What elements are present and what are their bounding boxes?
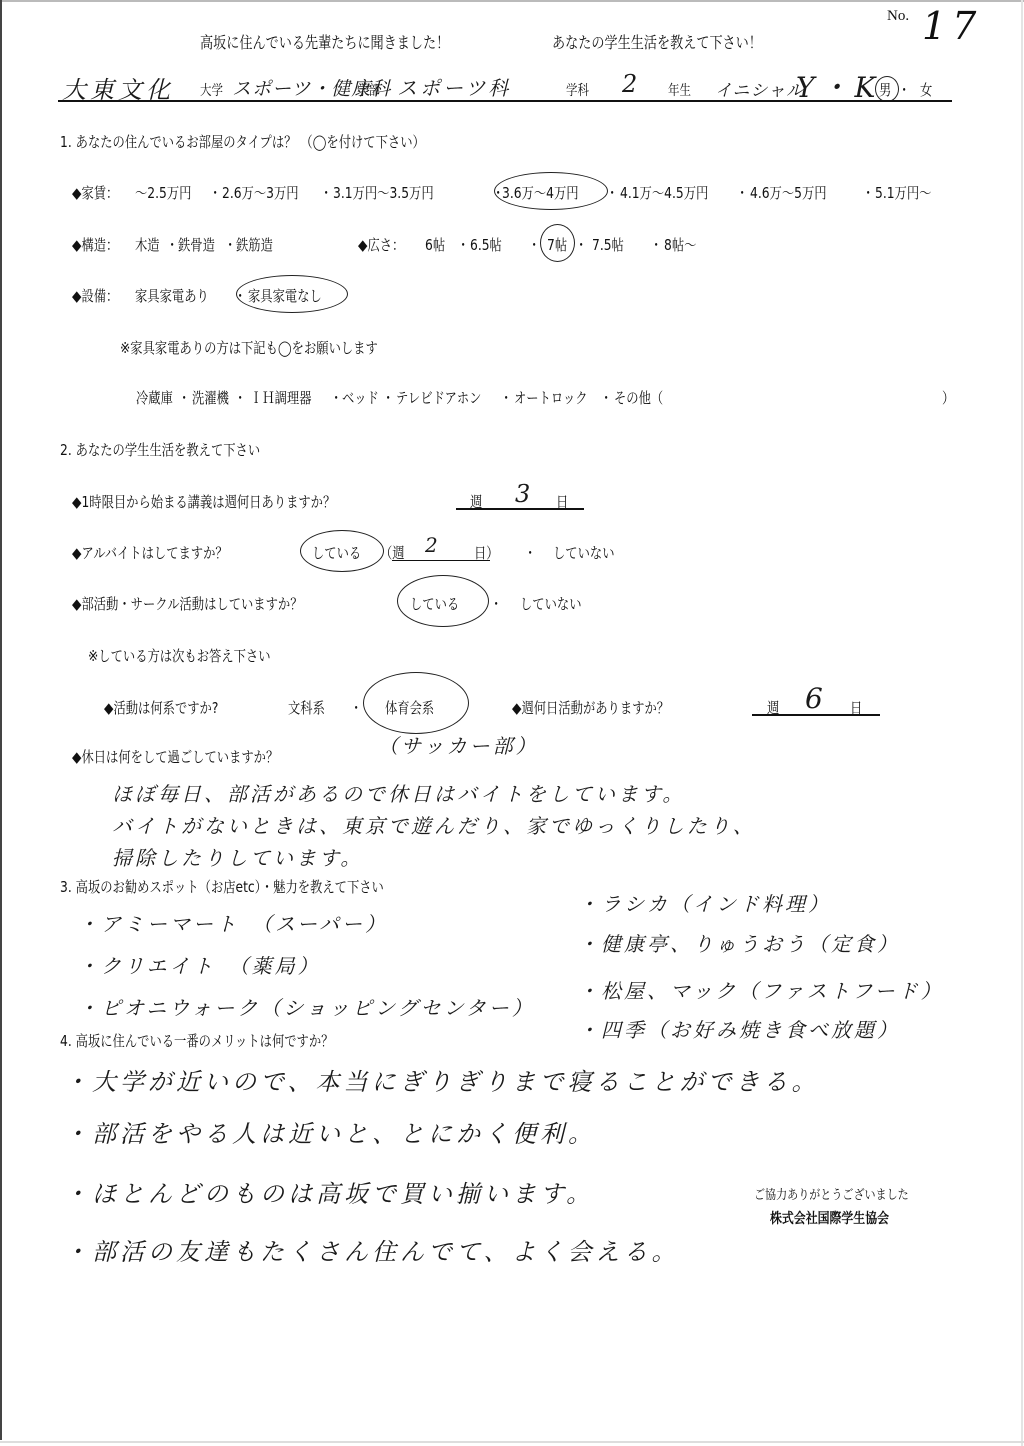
first-period-value: 3 [515,480,534,508]
spot-left-3: ・ピオニウォーク（ショッピングセンター） [78,992,535,1021]
club-type-culture[interactable]: 文科系 [288,697,325,718]
appliance-washer[interactable]: 洗濯機 [192,387,229,408]
gender-sep: ・ [898,79,910,100]
respondent-underline [58,100,952,102]
spot-right-4: ・四季（お好み焼き食べ放題） [578,1014,900,1043]
club-days-value: 6 [805,682,829,715]
form-title-left: 高坂に住んでいる先輩たちに聞きました！ [200,30,449,53]
holiday-answer-line-1: ほぼ毎日、部活があるので休日はバイトをしています。 [112,778,685,807]
page-edge-bottom [0,1441,1024,1443]
rent-option-1[interactable]: ～2.5万円 [135,182,191,203]
page-edge-top [0,0,1024,2]
size-label: ◆広さ： [358,234,404,255]
q4-heading: 4. 高坂に住んでいる一番のメリットは何ですか？ [60,1030,333,1051]
club-selected-circle-mark [397,575,489,627]
rent-selected-circle-mark [494,172,608,210]
holiday-answer-line-2: バイトがないときは、東京で遊んだり、家でゆっくりしたり、 [112,810,756,839]
merit-2: ・部活をやる人は近いと、とにかく便利。 [64,1114,596,1149]
faculty-suffix: 学部 [357,80,380,100]
appliance-bed[interactable]: ベッド [342,387,379,408]
holiday-answer-line-3: 掃除したりしています。 [112,842,363,871]
first-period-question: ◆1時限目から始まる講義は週何日ありますか？ [72,491,335,512]
equipment-option-with[interactable]: 家具家電あり [135,285,209,306]
footer-thanks: ご協力ありがとうございました [754,1184,909,1203]
structure-option-rc[interactable]: 鉄筋造 [236,234,273,255]
appliance-autolock[interactable]: オートロック [514,387,588,408]
rent-label: ◆家賃： [72,182,118,203]
appliance-other[interactable]: その他（ [614,387,663,408]
part-time-days-underline [392,560,490,561]
club-note: ※している方は次もお答え下さい [88,645,271,666]
year-handwritten: 2 [622,70,641,98]
size-option-7-5[interactable]: 7.5帖 [592,234,624,255]
club-days-underline [752,714,880,716]
part-time-selected-circle-mark [300,530,384,572]
spot-left-2: ・クリエイト （薬局） [78,950,321,979]
club-type-selected-circle-mark [363,672,469,734]
merit-4: ・部活の友達もたくさん住んでて、よく会える。 [64,1232,680,1267]
club-question: ◆部活動・サークル活動はしていますか？ [72,593,302,614]
size-selected-circle-mark [540,224,575,262]
part-time-no[interactable]: していない [553,542,615,563]
rent-option-6[interactable]: 4.6万～5万円 [750,182,827,203]
equipment-selected-circle-mark [236,275,348,313]
q1-heading: 1. あなたの住んでいるお部屋のタイプは？ （◯を付けて下さい） [60,131,425,152]
appliance-fridge[interactable]: 冷蔵庫 [136,387,173,408]
form-number-label: No. [887,8,909,25]
club-name-handwritten: （サッカー部） [378,730,539,759]
club-days-question: ◆週何日活動がありますか？ [512,697,669,718]
merit-1: ・大学が近いので、本当にぎりぎりまで寝ることができる。 [64,1062,820,1097]
page-edge-right [1021,0,1023,1446]
club-type-sep: ・ [350,697,362,718]
size-option-6-5[interactable]: 6.5帖 [470,234,502,255]
q3-heading: 3. 高坂のお勧めスポット（お店etc）・魅力を教えて下さい [60,876,384,897]
club-no[interactable]: していない [520,593,582,614]
q2-heading: 2. あなたの学生生活を教えて下さい [60,439,260,460]
rent-option-3[interactable]: 3.1万円～3.5万円 [333,182,434,203]
form-number-value: 17 [922,4,982,48]
appliance-ih-cooker[interactable]: ＩＨ調理器 [250,387,312,408]
rent-option-5[interactable]: 4.1万～4.5万円 [620,182,708,203]
spot-left-1: ・アミーマート （スーパー） [78,908,388,937]
structure-option-steel[interactable]: 鉄骨造 [178,234,215,255]
initial-label: イニシャル [715,76,804,101]
spot-right-2: ・健康亭、りゅうおう（定食） [578,928,900,957]
merit-3: ・ほとんどのものは高坂で買い揃います。 [64,1174,594,1209]
page-edge-left [0,0,2,1440]
part-time-question: ◆アルバイトはしてますか？ [72,542,228,563]
gender-female: 女 [920,79,932,100]
part-time-days-value: 2 [425,533,441,557]
equipment-note: ※家具家電ありの方は下記も◯をお願いします [120,337,378,358]
club-type-question: ◆活動は何系ですか? [104,697,218,718]
year-suffix: 年生 [668,80,691,100]
holiday-question: ◆休日は何をして過ごしていますか？ [72,746,278,767]
footer-organization: 株式会社国際学生協会 [770,1208,889,1228]
size-option-6[interactable]: 6帖 [425,234,445,255]
appliance-tv-doorphone[interactable]: テレビドアホン [396,387,481,408]
spot-right-1: ・ラシカ（インド料理） [578,888,831,917]
rent-option-7[interactable]: 5.1万円～ [875,182,931,203]
part-time-sep: ・ [524,542,536,563]
spot-right-3: ・松屋、マック（ファストフード） [578,975,944,1004]
gender-male-circle-mark [875,76,899,102]
size-option-8[interactable]: 8帖～ [664,234,696,255]
department-handwritten: スポーツ科 [397,72,511,101]
structure-option-wood[interactable]: 木造 [135,234,160,255]
structure-label: ◆構造： [72,234,118,255]
first-period-underline [456,508,584,510]
club-sep: ・ [490,593,502,614]
equipment-label: ◆設備： [72,285,118,306]
university-suffix: 大学 [200,80,223,100]
rent-option-2[interactable]: 2.6万～3万円 [222,182,299,203]
appliance-other-close: ） [942,387,954,408]
form-title-right: あなたの学生生活を教えて下さい！ [552,30,762,53]
department-suffix: 学科 [566,80,589,100]
